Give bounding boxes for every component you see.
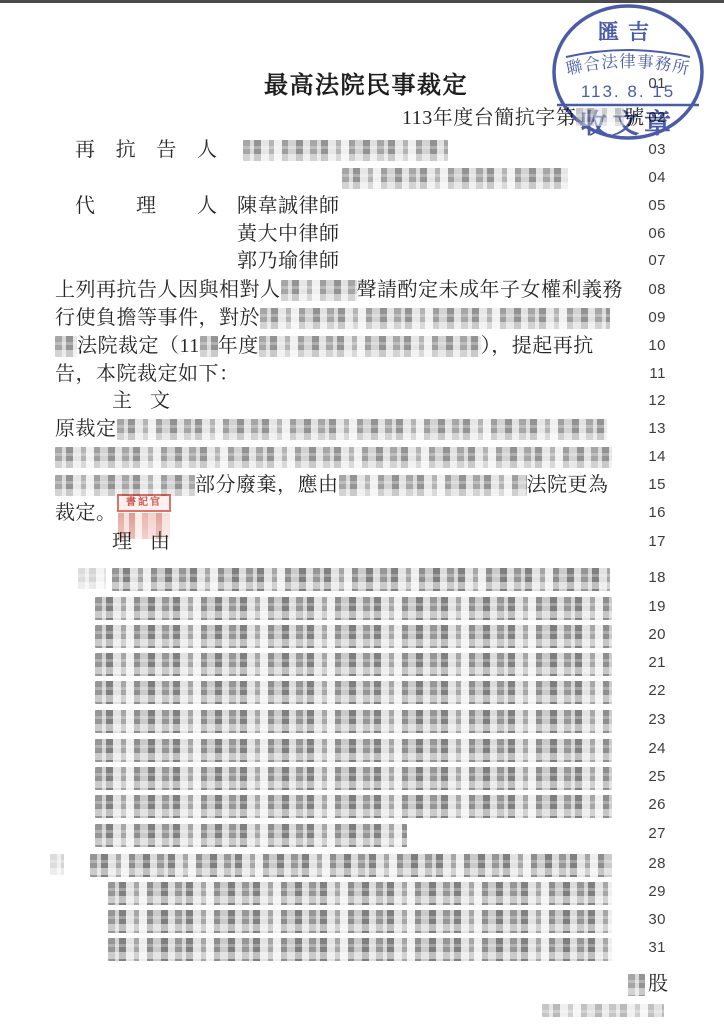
line-number: 08 — [630, 281, 666, 298]
doc-line-content — [78, 566, 610, 591]
doc-line-content — [95, 822, 407, 847]
redacted-blur — [108, 938, 612, 961]
label-char: 告 — [156, 138, 176, 163]
doc-line-content — [95, 679, 612, 704]
doc-line: 主文12 — [0, 389, 724, 416]
doc-line-content: 代理人陳韋誠律師 — [75, 194, 340, 219]
doc-line: 24 — [0, 737, 724, 764]
line-number: 29 — [630, 883, 666, 900]
redacted-blur — [628, 974, 645, 996]
redacted-blur — [95, 824, 407, 847]
doc-line-content — [50, 852, 612, 877]
doc-line-content: 上列再抗告人因與相對人聲請酌定未成年子女權利義務 — [55, 278, 623, 303]
line-number: 20 — [630, 626, 666, 643]
doc-text: ），提起再抗 — [481, 334, 594, 359]
doc-text: 聲請酌定未成年子女權利義務 — [357, 278, 624, 303]
doc-line-content: 股 — [628, 972, 669, 997]
doc-line-content: 主文 — [112, 389, 170, 414]
receipt-stamp: 匯吉 聯合法律事務所 113. 8. 15 收文章 — [548, 2, 708, 144]
redacted-blur — [95, 795, 612, 818]
doc-line-content — [95, 651, 612, 676]
doc-line-content — [542, 1002, 664, 1017]
doc-line: 19 — [0, 595, 724, 622]
line-number: 26 — [630, 796, 666, 813]
line-number: 15 — [630, 476, 666, 493]
doc-text: 黃大中律師 — [237, 222, 340, 247]
redacted-blur — [55, 475, 195, 496]
redacted-blur — [95, 597, 612, 620]
line-number: 31 — [630, 939, 666, 956]
doc-line: 理由17 — [0, 530, 724, 557]
doc-line: 裁定。16 — [0, 501, 724, 528]
line-number: 04 — [630, 169, 666, 186]
line-number: 24 — [630, 740, 666, 757]
line-number: 13 — [630, 420, 666, 437]
line-number: 16 — [630, 504, 666, 521]
doc-line: 23 — [0, 708, 724, 735]
doc-line: 30 — [0, 908, 724, 935]
doc-text: 部分廢棄，應由 — [195, 473, 339, 498]
line-number: 09 — [630, 309, 666, 326]
doc-line-content: 法院裁定（11年度），提起再抗 — [55, 334, 594, 359]
label-char: 再 — [75, 138, 95, 163]
doc-label: 代理人 — [75, 194, 217, 219]
doc-line-content — [342, 166, 568, 189]
doc-label: 再抗告人 — [75, 138, 217, 163]
redacted-blur — [281, 280, 357, 301]
line-number: 28 — [630, 855, 666, 872]
line-number: 25 — [630, 768, 666, 785]
doc-text: 行使負擔等事件，對於 — [55, 306, 260, 331]
doc-line-content — [95, 623, 612, 648]
label-char: 理 — [136, 194, 156, 219]
doc-line-content: 黃大中律師 — [237, 222, 340, 247]
doc-text: 郭乃瑜律師 — [237, 249, 340, 274]
doc-line: 04 — [0, 166, 724, 193]
redacted-blur — [95, 625, 612, 648]
page: 最高法院民事裁定01113年度台簡抗字第號02再抗告人0304代理人陳韋誠律師0… — [0, 0, 724, 1024]
doc-line: 郭乃瑜律師07 — [0, 249, 724, 276]
stamp-firm-short: 匯吉 — [598, 20, 658, 44]
doc-text: 陳韋誠律師 — [237, 194, 340, 219]
redacted-blur — [95, 681, 612, 704]
redacted-blur — [95, 767, 612, 790]
doc-line-content: 再抗告人 — [75, 138, 448, 163]
line-number: 21 — [630, 654, 666, 671]
doc-line: 代理人陳韋誠律師05 — [0, 194, 724, 221]
line-number: 23 — [630, 711, 666, 728]
redacted-blur — [542, 1004, 664, 1017]
label-char: 抗 — [116, 138, 136, 163]
label-char: 人 — [197, 138, 217, 163]
doc-line: 部分廢棄，應由法院更為15 — [0, 473, 724, 500]
redacted-blur — [200, 336, 218, 357]
doc-line: 25 — [0, 765, 724, 792]
doc-line-content: 原裁定 — [55, 417, 607, 442]
line-number: 10 — [630, 337, 666, 354]
redacted-blur — [55, 336, 77, 357]
redacted-blur — [108, 882, 612, 905]
doc-line-content: 郭乃瑜律師 — [237, 249, 340, 274]
doc-line-content — [108, 880, 612, 905]
doc-title: 最高法院民事裁定 — [264, 72, 468, 101]
redacted-blur — [117, 419, 607, 440]
redacted-blur — [50, 854, 64, 875]
doc-line: 原裁定13 — [0, 417, 724, 444]
redacted-blur — [259, 336, 481, 357]
line-number: 12 — [630, 392, 666, 409]
line-number: 06 — [630, 225, 666, 242]
line-number: 11 — [630, 365, 666, 382]
doc-text: 股 — [648, 972, 669, 997]
gap — [64, 852, 90, 853]
redacted-blur — [108, 910, 612, 933]
doc-line-content: 裁定。 — [55, 501, 117, 526]
gap — [217, 194, 237, 195]
redacted-blur — [339, 475, 527, 496]
clerk-stamp: 書記官 — [117, 494, 171, 539]
label-char: 主 — [112, 389, 132, 414]
doc-line-content — [95, 793, 612, 818]
doc-line: 上列再抗告人因與相對人聲請酌定未成年子女權利義務08 — [0, 278, 724, 305]
doc-line-content — [55, 445, 612, 468]
doc-text: 原裁定 — [55, 417, 117, 442]
line-number: 14 — [630, 448, 666, 465]
redacted-blur — [576, 108, 624, 126]
doc-line-content — [108, 936, 612, 961]
line-number: 18 — [630, 569, 666, 586]
doc-line: 股 — [0, 972, 724, 999]
doc-line: 黃大中律師06 — [0, 222, 724, 249]
doc-line: 行使負擔等事件，對於09 — [0, 306, 724, 333]
redacted-blur — [55, 447, 612, 468]
doc-line: 28 — [0, 852, 724, 879]
line-number: 05 — [630, 197, 666, 214]
doc-line: 法院裁定（11年度），提起再抗10 — [0, 334, 724, 361]
line-number: 19 — [630, 598, 666, 615]
redacted-blur — [95, 710, 612, 733]
doc-text: 告，本院裁定如下： — [55, 362, 240, 387]
doc-line: 27 — [0, 822, 724, 849]
redacted-blur — [112, 568, 610, 591]
redacted-blur — [95, 653, 612, 676]
doc-line: 18 — [0, 566, 724, 593]
doc-text: 法院更為 — [527, 473, 609, 498]
doc-line-content — [108, 908, 612, 933]
clerk-name-redacted-blur — [118, 513, 170, 539]
line-number: 07 — [630, 252, 666, 269]
doc-line: 20 — [0, 623, 724, 650]
label-char: 代 — [75, 194, 95, 219]
doc-line-content — [95, 595, 612, 620]
line-number: 27 — [630, 825, 666, 842]
gap — [217, 138, 243, 139]
doc-label: 主文 — [112, 389, 170, 414]
line-number: 22 — [630, 682, 666, 699]
doc-line: 22 — [0, 679, 724, 706]
redacted-blur — [342, 168, 568, 189]
doc-text: 法院裁定（11 — [77, 334, 200, 359]
doc-line-content — [95, 737, 612, 762]
stamp-firm-long: 聯合法律事務所 — [564, 52, 692, 79]
doc-line: 21 — [0, 651, 724, 678]
doc-text: 上列再抗告人因與相對人 — [55, 278, 281, 303]
doc-line-content: 告，本院裁定如下： — [55, 362, 240, 387]
line-number: 17 — [630, 533, 666, 550]
doc-text: 年度 — [218, 334, 259, 359]
doc-line-content — [95, 708, 612, 733]
redacted-blur — [260, 308, 610, 329]
label-char: 人 — [197, 194, 217, 219]
label-char: 文 — [150, 389, 170, 414]
redacted-blur — [78, 568, 106, 589]
redacted-blur — [95, 739, 612, 762]
doc-line: 26 — [0, 793, 724, 820]
gap — [106, 566, 112, 567]
doc-text: 裁定。 — [55, 501, 117, 526]
doc-line-content: 最高法院民事裁定 — [264, 72, 468, 101]
doc-line: 29 — [0, 880, 724, 907]
doc-line: 告，本院裁定如下：11 — [0, 362, 724, 389]
doc-line: 31 — [0, 936, 724, 963]
clerk-stamp-label: 書記官 — [117, 494, 171, 512]
stamp-date: 113. 8. 15 — [581, 82, 675, 101]
redacted-blur — [243, 140, 448, 161]
redacted-blur — [90, 854, 612, 877]
line-number: 30 — [630, 911, 666, 928]
doc-line: 14 — [0, 445, 724, 472]
doc-line-content: 行使負擔等事件，對於 — [55, 306, 610, 331]
doc-line — [0, 1002, 724, 1024]
doc-line-content — [95, 765, 612, 790]
